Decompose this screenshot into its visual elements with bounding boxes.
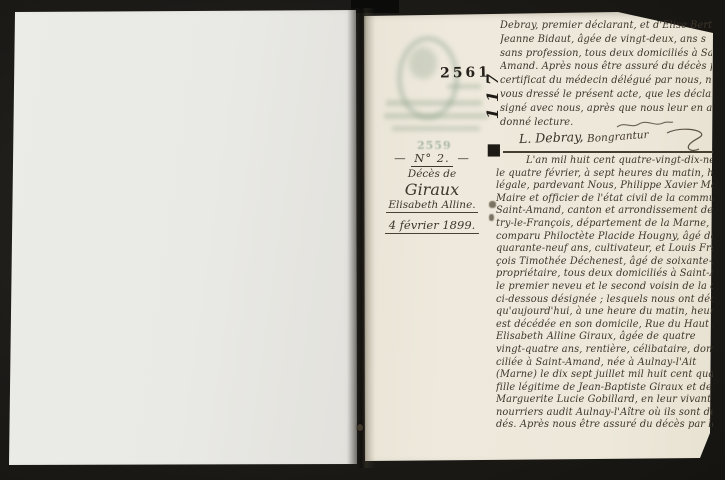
handwritten-line: comparu Philoctète Placide Hougny, âgé d… xyxy=(496,231,713,244)
dash-right: — xyxy=(457,151,470,165)
handwritten-line: nourriers audit Aulnay-l'Aître où ils so… xyxy=(496,407,713,420)
handwritten-line: quarante-neuf ans, cultivateur, et Louis… xyxy=(496,243,713,256)
margin-surname: Giraux xyxy=(371,180,493,199)
handwritten-line: try-le-François, département de la Marne… xyxy=(496,218,713,231)
blank-left-page xyxy=(9,10,357,466)
handwritten-line: Marguerite Lucie Gobillard, en leur viva… xyxy=(496,394,713,407)
ink-smudge xyxy=(489,214,494,221)
handwritten-line: Elisabeth Alline Giraux, âgée de quatre xyxy=(496,331,713,344)
handwritten-line: le quatre février, à sept heures du mati… xyxy=(496,168,713,181)
closing-paragraph: Debray, premier déclarant, et d'Elise Be… xyxy=(500,19,712,131)
ink-smudge xyxy=(489,201,496,208)
binding-staple-dot xyxy=(357,424,363,431)
binding-notch xyxy=(351,0,399,13)
margin-annotation: — N° 2. — Décès de Giraux Elisabeth Alli… xyxy=(371,151,493,232)
margin-given-names-text: Elisabeth Alline. xyxy=(386,199,477,213)
handwritten-line: fille légitime de Jean-Baptiste Giraux e… xyxy=(496,382,713,395)
handwritten-line: vingt-quatre ans, rentière, célibataire,… xyxy=(496,344,713,357)
margin-date-text: 4 février 1899. xyxy=(385,218,480,234)
handwritten-line: qu'aujourd'hui, à une heure du matin, he… xyxy=(496,306,713,319)
handwritten-line: Amand. Après nous être assuré du décès p… xyxy=(500,60,712,74)
handwritten-line: Saint-Amand, canton et arrondissement de… xyxy=(496,205,713,218)
handwritten-line: sans profession, tous deux domiciliés à … xyxy=(500,47,712,61)
stamp-bleedthrough-blob xyxy=(409,47,437,79)
handwritten-line: légale, pardevant Nous, Philippe Xavier … xyxy=(496,180,713,193)
bleedthrough-text-smudge xyxy=(392,126,480,131)
handwritten-line: ciliée à Saint-Amand, née à Aulnay-l'Ait xyxy=(496,357,713,370)
handwritten-line: çois Timothée Déchenest, âgé de soixante… xyxy=(496,256,713,269)
signatures-row: L. Debray, Bongrantur xyxy=(505,125,720,153)
margin-given-names: Elisabeth Alline. xyxy=(371,199,493,211)
handwritten-line: certificat du médecin délégué par nous, … xyxy=(500,74,712,88)
handwritten-line: dés. Après nous être assuré du décès par… xyxy=(496,419,713,432)
handwritten-line: L'an mil huit cent quatre-vingt-dix-neuf xyxy=(496,155,713,168)
handwritten-line: (Marne) le dix sept juillet mil huit cen… xyxy=(496,369,713,382)
margin-date: 4 février 1899. xyxy=(371,218,493,232)
handwritten-line: propriétaire, tous deux domiciliés à Sai… xyxy=(496,268,713,281)
margin-act-number: N° 2. xyxy=(411,151,452,167)
margin-act-number-row: — N° 2. — xyxy=(371,151,493,165)
handwritten-line: vous dressé le présent acte, que les déc… xyxy=(500,88,712,102)
handwritten-line: le premier neveu et le second voisin de … xyxy=(496,281,713,294)
handwritten-line: ci-dessous désignée ; lesquels nous ont … xyxy=(496,294,713,307)
bleedthrough-text-smudge xyxy=(386,100,482,106)
bleedthrough-text-smudge xyxy=(384,113,488,119)
handwritten-line: Maire et officier de l'état civil de la … xyxy=(496,193,713,206)
handwritten-line: Debray, premier déclarant, et d'Elise Be… xyxy=(500,19,712,33)
bleedthrough-text-smudge xyxy=(447,84,481,89)
dash-left: — xyxy=(394,151,407,165)
separator-rule xyxy=(503,151,713,153)
margin-deces-label: Décès de xyxy=(371,168,493,180)
handwritten-line: Jeanne Bidaut, âgée de vingt-deux, ans s xyxy=(500,33,712,47)
signature-debray: L. Debray, xyxy=(519,129,584,146)
act-paragraph: L'an mil huit cent quatre-vingt-dix-neuf… xyxy=(496,155,713,433)
handwritten-line: est décédée en son domicile, Rue du Haut… xyxy=(496,319,713,332)
handwritten-line: signé avec nous, après que nous leur en … xyxy=(500,102,712,116)
book-scan: 2559 2561 ■ 117 — N° 2. — Décès de Girau… xyxy=(0,0,725,480)
